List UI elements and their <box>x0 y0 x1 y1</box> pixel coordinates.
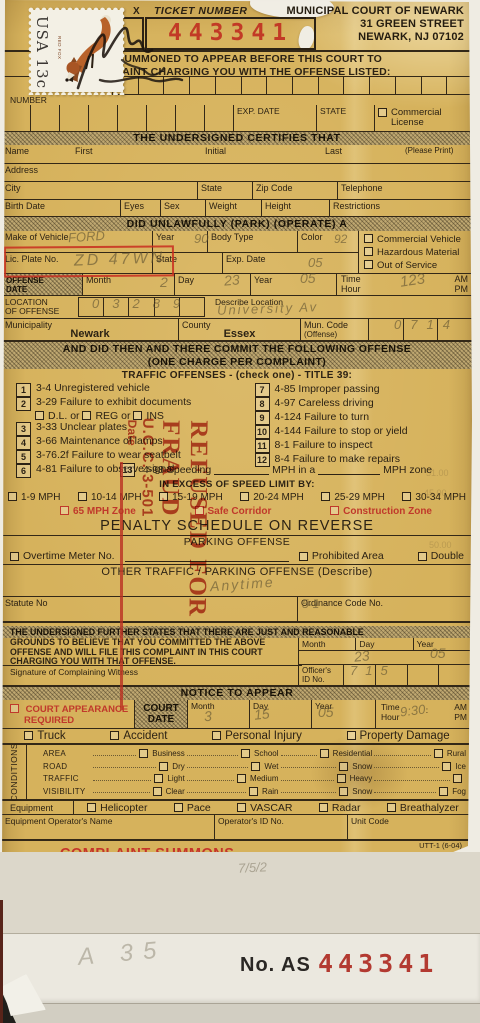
hour-word: Hour <box>381 712 399 722</box>
court-street: 31 GREEN STREET <box>286 18 464 31</box>
dotted-leader <box>93 761 156 768</box>
grid-cell <box>241 77 267 94</box>
dotted-leader <box>187 786 246 793</box>
condition-label: Wet <box>264 762 278 771</box>
conditions-row-visibility: VISIBILITY Clear Rain Snow Fog <box>29 786 466 797</box>
mun-code-word1: Mun. Code <box>304 321 365 330</box>
conditions-vertical-label: CONDITIONS <box>2 745 27 799</box>
grid-cell <box>189 77 215 94</box>
dotted-leader <box>281 786 337 793</box>
checkbox-icon <box>10 552 19 561</box>
checkbox-icon <box>299 552 308 561</box>
out-of-service-label: Out of Service <box>377 260 437 271</box>
grid-cell <box>395 77 421 94</box>
condition-label: Snow <box>352 787 372 796</box>
checkbox-icon <box>240 492 249 501</box>
name-row: Name First Initial Last (Please Print) <box>2 145 472 164</box>
conditions-row-area: AREA Business School Residential Rural <box>29 748 466 759</box>
offense-numbox: 6 <box>16 464 31 478</box>
court-date-row: COURT APPEARANCE REQUIRED COURT DATE Mon… <box>2 700 472 729</box>
offense-banner: AND DID THEN AND THERE COMMIT THE FOLLOW… <box>2 342 472 369</box>
checkbox-icon <box>10 704 19 713</box>
filing-month-label: Month <box>299 638 356 650</box>
grid-cell <box>128 298 153 316</box>
backing-paper: 7/5/2 A 35 No. AS 443341 <box>0 852 480 1023</box>
scanned-ticket-image: X TICKET NUMBER 443341 MUNICIPAL COURT O… <box>0 0 480 1023</box>
location-label: LOCATION OF OFFENSE <box>2 296 78 318</box>
commercial-vehicle-label: Commercial Vehicle <box>377 234 461 245</box>
checkbox-icon <box>378 108 387 117</box>
checkbox-icon <box>139 749 148 758</box>
checkbox-icon <box>320 749 329 758</box>
grid-cell <box>179 298 204 316</box>
dotted-leader <box>93 749 136 756</box>
offenses-title: TRAFFIC OFFENSES - (check one) - TITLE 3… <box>2 369 472 383</box>
offense-numbox: 3 <box>16 422 31 436</box>
incident-label: Personal Injury <box>225 730 302 742</box>
court-day-label: Day <box>250 700 312 728</box>
equipment-option: Radar <box>319 802 361 814</box>
dotted-leader <box>281 749 317 756</box>
license-number-grid2 <box>2 105 234 131</box>
grid-cell <box>446 77 472 94</box>
conditions-rows: AREA Business School Residential Rural R… <box>27 745 472 799</box>
court-name: MUNICIPAL COURT OF NEWARK <box>286 5 464 18</box>
weight-label: Weight <box>205 200 261 216</box>
equipment-option: VASCAR <box>237 802 292 814</box>
parking-options-row: Overtime Meter No. Prohibited Area Doubl… <box>2 548 472 565</box>
incident-option: Accident <box>110 730 167 742</box>
grid-cell <box>292 77 318 94</box>
condition-option: Snow <box>279 761 373 771</box>
city-row: City State Zip Code Telephone <box>2 182 472 200</box>
offense-time-cell: Time Hour AM PM <box>336 274 472 295</box>
municipality-label: Municipality <box>5 320 52 330</box>
zone-label: Safe Corridor <box>208 506 272 517</box>
serial-number: 443341 <box>318 949 438 978</box>
condition-label: Light <box>167 774 184 783</box>
checkbox-icon <box>387 803 396 812</box>
condition-option: Dry <box>91 761 185 771</box>
condition-label: Medium <box>250 774 278 783</box>
condition-label: Ice <box>455 762 466 771</box>
incident-option: Property Damage <box>347 730 450 742</box>
condition-name: TRAFFIC <box>29 774 91 783</box>
checkbox-icon <box>24 731 33 740</box>
incident-label: Property Damage <box>360 730 450 742</box>
offenses-right-column: 74-85 Improper passing 84-97 Careless dr… <box>255 383 467 463</box>
offense-numbox: 4 <box>16 436 31 450</box>
excess-title: IN EXCESS OF SPEED LIMIT BY: <box>2 479 472 491</box>
checkbox-icon <box>402 492 411 501</box>
address-label: Address <box>5 165 38 175</box>
grid-cell <box>438 665 470 687</box>
filing-year-label: Year <box>414 638 470 650</box>
filing-date-cells <box>299 651 470 665</box>
offense-numbox: 2 <box>16 397 31 411</box>
ampm-label: AM PM <box>455 275 469 294</box>
grid-cell <box>118 105 147 131</box>
operator-row: Equipment Operator's Name Operator's ID … <box>2 815 472 841</box>
appearance-line1: COURT APPEARANCE <box>26 704 129 715</box>
offense-item: 74-85 Improper passing <box>255 383 467 397</box>
offense-date-row: OFFENSE DATE Month Day Year Time Hour AM… <box>2 274 472 296</box>
grid-cell <box>215 77 241 94</box>
conditions-word: CONDITIONS <box>9 743 19 801</box>
checkbox-icon <box>174 803 183 812</box>
offense-numbox: 11 <box>255 439 270 453</box>
location-word2: OF OFFENSE <box>5 307 75 316</box>
state2-label: State <box>197 182 252 199</box>
checkbox-icon <box>110 731 119 740</box>
mph-label: 20-24 MPH <box>253 492 304 503</box>
checkbox-icon <box>364 247 373 256</box>
filing-date-table: Month Day Year Officer's ID No. <box>298 638 470 687</box>
refused-stamp-date-line <box>120 462 123 710</box>
initial-label: Initial <box>202 145 322 163</box>
grid-cell <box>89 105 118 131</box>
dotted-leader <box>281 761 337 768</box>
overtime-meter-label: Overtime Meter No. <box>23 550 115 562</box>
please-print-label: (Please Print) <box>402 145 472 163</box>
condition-option: Medium <box>185 774 279 784</box>
offense-label: 3-33 Unclear plates <box>36 422 127 433</box>
condition-option: Clear <box>91 786 185 796</box>
serial-prefix: No. AS <box>240 954 311 977</box>
condition-label: Heavy <box>350 774 373 783</box>
court-address: MUNICIPAL COURT OF NEWARK 31 GREEN STREE… <box>286 5 464 44</box>
license-detail-row: EXP. DATE STATE Commercial License <box>2 105 472 132</box>
dotted-leader <box>93 774 151 781</box>
backing-bottom-edge <box>0 1003 480 1023</box>
offense-item: 13-4 Unregistered vehicle <box>16 383 255 397</box>
offense-numbox: 10 <box>255 425 270 439</box>
condition-option <box>372 774 466 784</box>
am-word: AM <box>454 702 467 712</box>
telephone-label: Telephone <box>337 182 472 199</box>
grid-cell <box>369 77 395 94</box>
checkbox-icon <box>319 803 328 812</box>
equipment-label: Equipment <box>2 801 74 814</box>
plate-exp-label: Exp. Date <box>222 253 358 274</box>
condition-label: Dry <box>172 762 184 771</box>
stamp-denomination: USA 13c <box>33 16 51 89</box>
commercial-word2: License <box>391 117 424 128</box>
condition-label: Rural <box>447 749 466 758</box>
grid-cell <box>343 665 375 687</box>
checkbox-icon <box>78 492 87 501</box>
prohibited-area-label: Prohibited Area <box>312 550 384 562</box>
form-code: UTT-1 (6-04) <box>419 841 462 850</box>
describe-location-label: Describe Location <box>205 296 472 318</box>
mph-label: 25-29 MPH <box>334 492 385 503</box>
condition-label: Snow <box>352 762 372 771</box>
mph-label: 1-9 MPH <box>21 492 60 503</box>
first-label: First <box>72 145 202 163</box>
hour-word: Hour <box>341 284 361 294</box>
checkbox-icon <box>330 506 339 515</box>
incident-label: Accident <box>123 730 167 742</box>
condition-name: AREA <box>29 749 91 758</box>
hazardous-material-option: Hazardous Material <box>364 246 472 259</box>
mph-option: 25-29 MPH <box>321 492 385 505</box>
offense-label: 3-4 Unregistered vehicle <box>36 383 150 394</box>
court-city: NEWARK, NJ 07102 <box>286 31 464 44</box>
grid-cell <box>407 665 439 687</box>
other-offense-title: OTHER TRAFFIC / PARKING OFFENSE (Describ… <box>2 565 472 580</box>
county-cell: County Essex <box>178 319 300 340</box>
offense-label: 4-144 Failure to stop or yield <box>275 425 408 438</box>
equipment-option-label: Pace <box>187 802 211 814</box>
location-code-boxes <box>78 297 205 317</box>
out-of-service-option: Out of Service <box>364 259 472 272</box>
court-year-label: Year <box>312 700 376 728</box>
checkbox-icon <box>364 234 373 243</box>
condition-option: Rural <box>372 749 466 759</box>
checkbox-icon <box>87 803 96 812</box>
court-appearance-required: COURT APPEARANCE REQUIRED <box>2 700 134 728</box>
officer-word2: ID No. <box>302 676 340 685</box>
condition-label: Clear <box>166 787 185 796</box>
penalty-schedule-note: PENALTY SCHEDULE ON REVERSE <box>2 519 472 536</box>
operator-name-label: Equipment Operator's Name <box>2 815 214 839</box>
offense-numbox: 9 <box>255 411 270 425</box>
offense-item: 94-124 Failure to turn <box>255 411 467 425</box>
condition-option: Light <box>91 774 185 784</box>
offense-month-label: Month <box>82 274 174 295</box>
checkbox-icon <box>60 506 69 515</box>
equipment-option-label: VASCAR <box>250 802 292 814</box>
offense-year-label: Year <box>250 274 336 295</box>
checkbox-icon <box>339 762 348 771</box>
bleedthrough-number: 51.00 <box>426 468 449 478</box>
offense-item: 23-29 Failure to exhibit documents <box>16 397 255 411</box>
grid-cell <box>60 105 89 131</box>
mph-option: 20-24 MPH <box>240 492 304 505</box>
condition-name: ROAD <box>29 762 91 771</box>
birth-date-label: Birth Date <box>2 200 120 216</box>
checkbox-icon <box>154 774 163 783</box>
offense-numbox: 7 <box>255 383 270 397</box>
body-type-label: Body Type <box>207 231 297 252</box>
checkbox-icon <box>339 787 348 796</box>
checkbox-icon <box>237 774 246 783</box>
conditions-block: CONDITIONS AREA Business School Resident… <box>2 745 472 801</box>
checkbox-icon <box>337 774 346 783</box>
doc-option-dl: D.L. <box>48 410 67 422</box>
grid-cell <box>154 298 179 316</box>
dotted-leader <box>374 761 439 768</box>
address-row: Address <box>2 164 472 182</box>
grid-cell <box>375 665 407 687</box>
condition-option: Heavy <box>279 774 373 784</box>
municipality-cell: Municipality Newark <box>2 319 178 340</box>
speeding-mid: MPH in a <box>272 464 315 476</box>
dotted-leader <box>374 786 436 793</box>
doc-option-reg: REG <box>95 410 118 422</box>
hw-backing-scribble: 7/5/2 <box>238 859 268 875</box>
offense-item: 84-97 Careless driving <box>255 397 467 411</box>
equipment-option-label: Breathalyzer <box>400 802 459 814</box>
checkbox-icon <box>321 492 330 501</box>
grid-cell <box>103 298 128 316</box>
parking-offense-title: PARKING OFFENSE <box>2 536 472 548</box>
birth-row: Birth Date Eyes Sex Weight Height Restri… <box>2 200 472 217</box>
checkbox-icon <box>159 762 168 771</box>
equipment-option-label: Helicopter <box>100 802 147 814</box>
dotted-leader <box>281 774 334 781</box>
statute-row: Statute No Ordinance Code No. <box>2 596 472 623</box>
court-time-cell: Time Hour : AM PM <box>376 700 472 728</box>
checkbox-icon <box>35 411 44 420</box>
complaint-summons-ticket: X TICKET NUMBER 443341 MUNICIPAL COURT O… <box>2 0 472 878</box>
zip-label: Zip Code <box>252 182 337 199</box>
commercial-license-label: Commercial License <box>391 108 442 128</box>
appearance-line2: REQUIRED <box>10 715 74 726</box>
officer-id-label: Officer's ID No. <box>299 665 343 687</box>
time-word: Time <box>381 702 400 712</box>
certifies-banner: THE UNDERSIGNED CERTIFIES THAT <box>2 132 472 145</box>
condition-label: Business <box>152 749 184 758</box>
undersigned-block: GROUNDS TO BELIEVE THAT YOU COMMITTED TH… <box>2 638 472 687</box>
county-label: County <box>182 320 211 330</box>
offense-date-word2: DATE <box>6 285 82 294</box>
condition-name: VISIBILITY <box>29 787 91 796</box>
speed-blank <box>214 464 269 475</box>
mph-options-row: 1-9 MPH 10-14 MPH 15-19 MPH 20-24 MPH 25… <box>2 491 472 506</box>
offense-label: 4-85 Improper passing <box>275 383 380 396</box>
offense-label: 4-97 Careless driving <box>275 397 374 410</box>
condition-option: Residential <box>279 749 373 759</box>
grid-cell <box>343 77 369 94</box>
pm-word: PM <box>454 712 467 722</box>
offense-item: 104-144 Failure to stop or yield <box>255 425 467 439</box>
checkbox-icon <box>442 762 451 771</box>
grid-cell <box>2 105 31 131</box>
time-colon: : <box>426 702 428 726</box>
dotted-leader <box>374 774 450 781</box>
offense-banner-line1: AND DID THEN AND THERE COMMIT THE FOLLOW… <box>2 343 472 356</box>
grid-cell <box>31 105 60 131</box>
vehicle-banner: DID UNLAWFULLY (PARK) (OPERATE) A <box>2 217 472 231</box>
checkbox-icon <box>434 749 443 758</box>
dotted-leader <box>187 749 238 756</box>
condition-option: Business <box>91 749 185 759</box>
filing-day-label: Day <box>356 638 413 650</box>
court-date-label: COURT DATE <box>134 700 188 728</box>
officer-id-row: Officer's ID No. <box>299 665 470 687</box>
refused-stamp-line1: REFUSED FOR FRAUD <box>154 420 212 700</box>
grid-cell <box>437 319 472 340</box>
condition-label: Residential <box>333 749 373 758</box>
offense-numbox: 8 <box>255 397 270 411</box>
grid-cell <box>318 77 344 94</box>
bleedthrough-number: 50.00 <box>429 540 452 550</box>
condition-option: Ice <box>372 761 466 771</box>
offense-day-label: Day <box>174 274 250 295</box>
condition-label: Rain <box>262 787 278 796</box>
court-date-word2: DATE <box>135 714 187 725</box>
city-label: City <box>2 182 197 199</box>
plate-highlight-box <box>4 245 174 277</box>
offense-banner-line2: (ONE CHARGE PER COMPLAINT) <box>2 356 472 369</box>
checkbox-icon <box>251 762 260 771</box>
grid-cell <box>368 319 403 340</box>
dotted-leader <box>93 786 150 793</box>
checkbox-icon <box>439 787 448 796</box>
conditions-row-traffic: TRAFFIC Light Medium Heavy <box>29 773 466 784</box>
checkbox-icon <box>212 731 221 740</box>
zone-blank <box>318 464 380 475</box>
location-row: LOCATION OF OFFENSE Describe Location <box>2 296 472 319</box>
equipment-option: Breathalyzer <box>387 802 459 814</box>
height-label: Height <box>261 200 329 216</box>
incident-type-row: Truck Accident Personal Injury Property … <box>2 729 472 745</box>
offense-item: 118-1 Failure to inspect <box>255 439 467 453</box>
court-time-label: Time Hour <box>381 702 400 726</box>
equipment-option: Pace <box>174 802 211 814</box>
or-word: or <box>70 410 79 422</box>
offenses-list: 13-4 Unregistered vehicle 23-29 Failure … <box>2 383 472 463</box>
refused-stamp-line3: Date <box>123 420 139 700</box>
grid-cell <box>266 77 292 94</box>
mun-code-boxes <box>368 319 472 340</box>
scan-edge-sliver <box>0 900 3 1023</box>
grid-cell <box>147 105 176 131</box>
eyes-label: Eyes <box>120 200 160 216</box>
unit-code-label: Unit Code <box>347 815 472 839</box>
condition-option: Snow <box>279 786 373 796</box>
equipment-option-label: Radar <box>332 802 361 814</box>
color-label: Color <box>297 231 358 252</box>
condition-label: School <box>254 749 278 758</box>
vehicle-checks: Commercial Vehicle Hazardous Material Ou… <box>358 231 472 273</box>
last-label: Last <box>322 145 402 163</box>
name-label: Name <box>2 145 72 163</box>
grid-cell <box>421 77 447 94</box>
hazardous-material-label: Hazardous Material <box>377 247 459 258</box>
condition-option: Fog <box>372 786 466 796</box>
exp-date-label: EXP. DATE <box>234 105 316 131</box>
commercial-vehicle-option: Commercial Vehicle <box>364 233 472 246</box>
notice-banner: NOTICE TO APPEAR <box>2 687 472 700</box>
grid-cell <box>403 319 438 340</box>
double-label: Double <box>431 550 464 562</box>
mun-code-cell: Mun. Code (Offense) <box>300 319 368 340</box>
mun-code-word2: (Offense) <box>304 330 365 339</box>
restrictions-label: Restrictions <box>329 200 472 216</box>
dotted-leader <box>374 749 431 756</box>
offense-label: 3-29 Failure to exhibit documents <box>36 397 191 408</box>
commercial-license-field: Commercial License <box>374 105 472 131</box>
am-word: AM <box>455 274 469 284</box>
incident-label: Truck <box>37 730 65 742</box>
checkbox-icon <box>241 749 250 758</box>
grid-cell <box>205 105 234 131</box>
other-offense-writein-area <box>2 580 472 596</box>
bleedthrough-number: 45.00 <box>424 488 447 498</box>
equipment-options: Helicopter Pace VASCAR Radar Breathalyze… <box>74 802 472 814</box>
court-date-word1: COURT <box>135 703 187 714</box>
pm-word: PM <box>455 284 469 294</box>
sex-label: Sex <box>160 200 205 216</box>
checkbox-icon <box>237 803 246 812</box>
condition-option: School <box>185 749 279 759</box>
checkbox-icon <box>347 731 356 740</box>
offense-numbox: 5 <box>16 450 31 464</box>
zone-label: Construction Zone <box>343 506 432 517</box>
state-label: STATE <box>316 105 374 131</box>
